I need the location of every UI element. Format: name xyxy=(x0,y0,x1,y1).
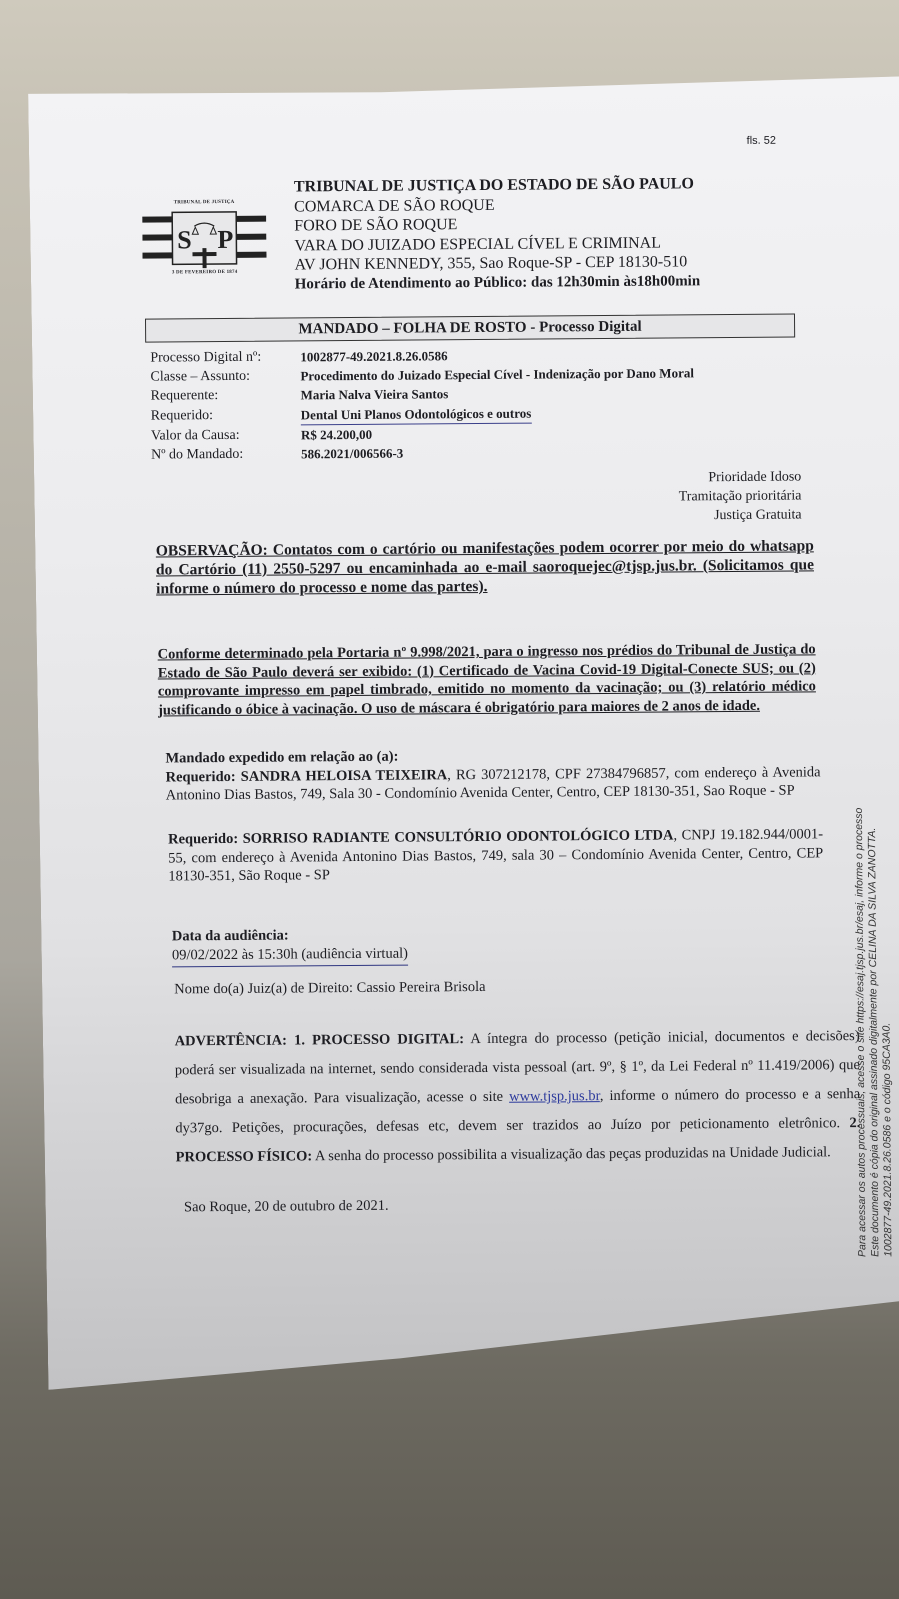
req2-name: SORRISO RADIANTE CONSULTÓRIO ODONTOLÓGIC… xyxy=(243,827,674,846)
priority-flags: Prioridade Idoso Tramitação prioritária … xyxy=(678,467,801,525)
advertencia-label: ADVERTÊNCIA xyxy=(175,1033,283,1050)
header-hours: Horário de Atendimento ao Público: das 1… xyxy=(295,272,701,295)
logo-caption-top: TRIBUNAL DE JUSTIÇA xyxy=(142,200,266,206)
meta-value: Maria Nalva Vieira Santos xyxy=(301,385,449,405)
margin-note-codigo: 1002877-49.2021.8.26.0586 e o código 95C… xyxy=(881,1023,895,1257)
audiencia-label: Data da audiência: xyxy=(172,928,289,945)
form-title-box: MANDADO – FOLHA DE ROSTO - Processo Digi… xyxy=(145,314,795,343)
court-header: TRIBUNAL DE JUSTIÇA DO ESTADO DE SÃO PAU… xyxy=(294,174,700,294)
observacao-paragraph: OBSERVAÇÃO: Contatos com o cartório ou m… xyxy=(156,536,814,598)
portaria-text: Conforme determinado pela Portaria nº 9.… xyxy=(158,641,816,718)
svg-text:S: S xyxy=(177,225,192,254)
tjsp-logo: TRIBUNAL DE JUSTIÇA S P 3 DE FEVEREIRO D… xyxy=(142,200,267,279)
mandado-requerido-1: Mandado expedido em relação ao (a): Requ… xyxy=(165,744,820,805)
meta-label: Valor da Causa: xyxy=(151,425,301,445)
audiencia-block: Data da audiência: 09/02/2022 às 15:30h … xyxy=(172,924,572,967)
margin-note-assinatura: Este documento é cópia do original assin… xyxy=(866,828,881,1257)
flag-justica-gratuita: Justiça Gratuita xyxy=(679,505,802,525)
meta-label: Processo Digital nº: xyxy=(150,347,300,367)
meta-value: R$ 24.200,00 xyxy=(301,425,372,445)
audiencia-date: 09/02/2022 às 15:30h (audiência virtual) xyxy=(172,944,408,967)
req2-label: Requerido: xyxy=(168,831,238,848)
item1-label: 1. PROCESSO DIGITAL: xyxy=(294,1031,464,1048)
flag-prioridade-idoso: Prioridade Idoso xyxy=(678,467,801,487)
item2-text: A senha do processo possibilita a visual… xyxy=(312,1144,831,1164)
svg-text:P: P xyxy=(217,225,233,254)
req1-name: SANDRA HELOISA TEIXEIRA xyxy=(241,767,448,785)
advertencia-paragraph: ADVERTÊNCIA: 1. PROCESSO DIGITAL: A ínte… xyxy=(175,1022,861,1172)
tjsp-link[interactable]: www.tjsp.jus.br xyxy=(509,1088,600,1105)
flag-tramitacao: Tramitação prioritária xyxy=(679,486,802,506)
header-line-address: AV JOHN KENNEDY, 355, Sao Roque-SP - CEP… xyxy=(295,252,701,275)
meta-value: 1002877-49.2021.8.26.0586 xyxy=(300,346,447,366)
meta-row-mandado: Nº do Mandado: 586.2021/006566-3 xyxy=(151,441,695,464)
req1-label: Requerido xyxy=(166,768,231,785)
mandado-requerido-2: Requerido: SORRISO RADIANTE CONSULTÓRIO … xyxy=(168,825,823,886)
meta-label: Classe – Assunto: xyxy=(150,367,300,387)
local-data: Sao Roque, 20 de outubro de 2021. xyxy=(184,1196,484,1217)
logo-caption-bottom: 3 DE FEVEREIRO DE 1874 xyxy=(143,270,267,276)
meta-value: Procedimento do Juizado Especial Cível -… xyxy=(300,364,694,386)
case-metadata: Processo Digital nº: 1002877-49.2021.8.2… xyxy=(150,344,694,464)
juiz-name: Nome do(a) Juiz(a) de Direito: Cassio Pe… xyxy=(174,976,674,998)
meta-label: Requerido: xyxy=(151,405,301,426)
portaria-paragraph: Conforme determinado pela Portaria nº 9.… xyxy=(158,640,817,719)
meta-label: Nº do Mandado: xyxy=(151,444,301,464)
document-page: fls. 52 TRIBUNAL DE JUSTIÇA S P 3 DE FEV… xyxy=(0,0,899,1599)
folio-number: fls. 52 xyxy=(747,135,776,147)
observacao-text: OBSERVAÇÃO: Contatos com o cartório ou m… xyxy=(156,537,814,597)
mandado-heading: Mandado expedido em relação ao (a): xyxy=(165,749,398,767)
meta-value: 586.2021/006566-3 xyxy=(301,444,403,464)
meta-label: Requerente: xyxy=(151,386,301,406)
court-title: TRIBUNAL DE JUSTIÇA DO ESTADO DE SÃO PAU… xyxy=(294,174,700,197)
scales-of-justice-icon: S P xyxy=(142,208,266,271)
meta-value-underlined: Dental Uni Planos Odontológicos e outros xyxy=(301,403,532,425)
